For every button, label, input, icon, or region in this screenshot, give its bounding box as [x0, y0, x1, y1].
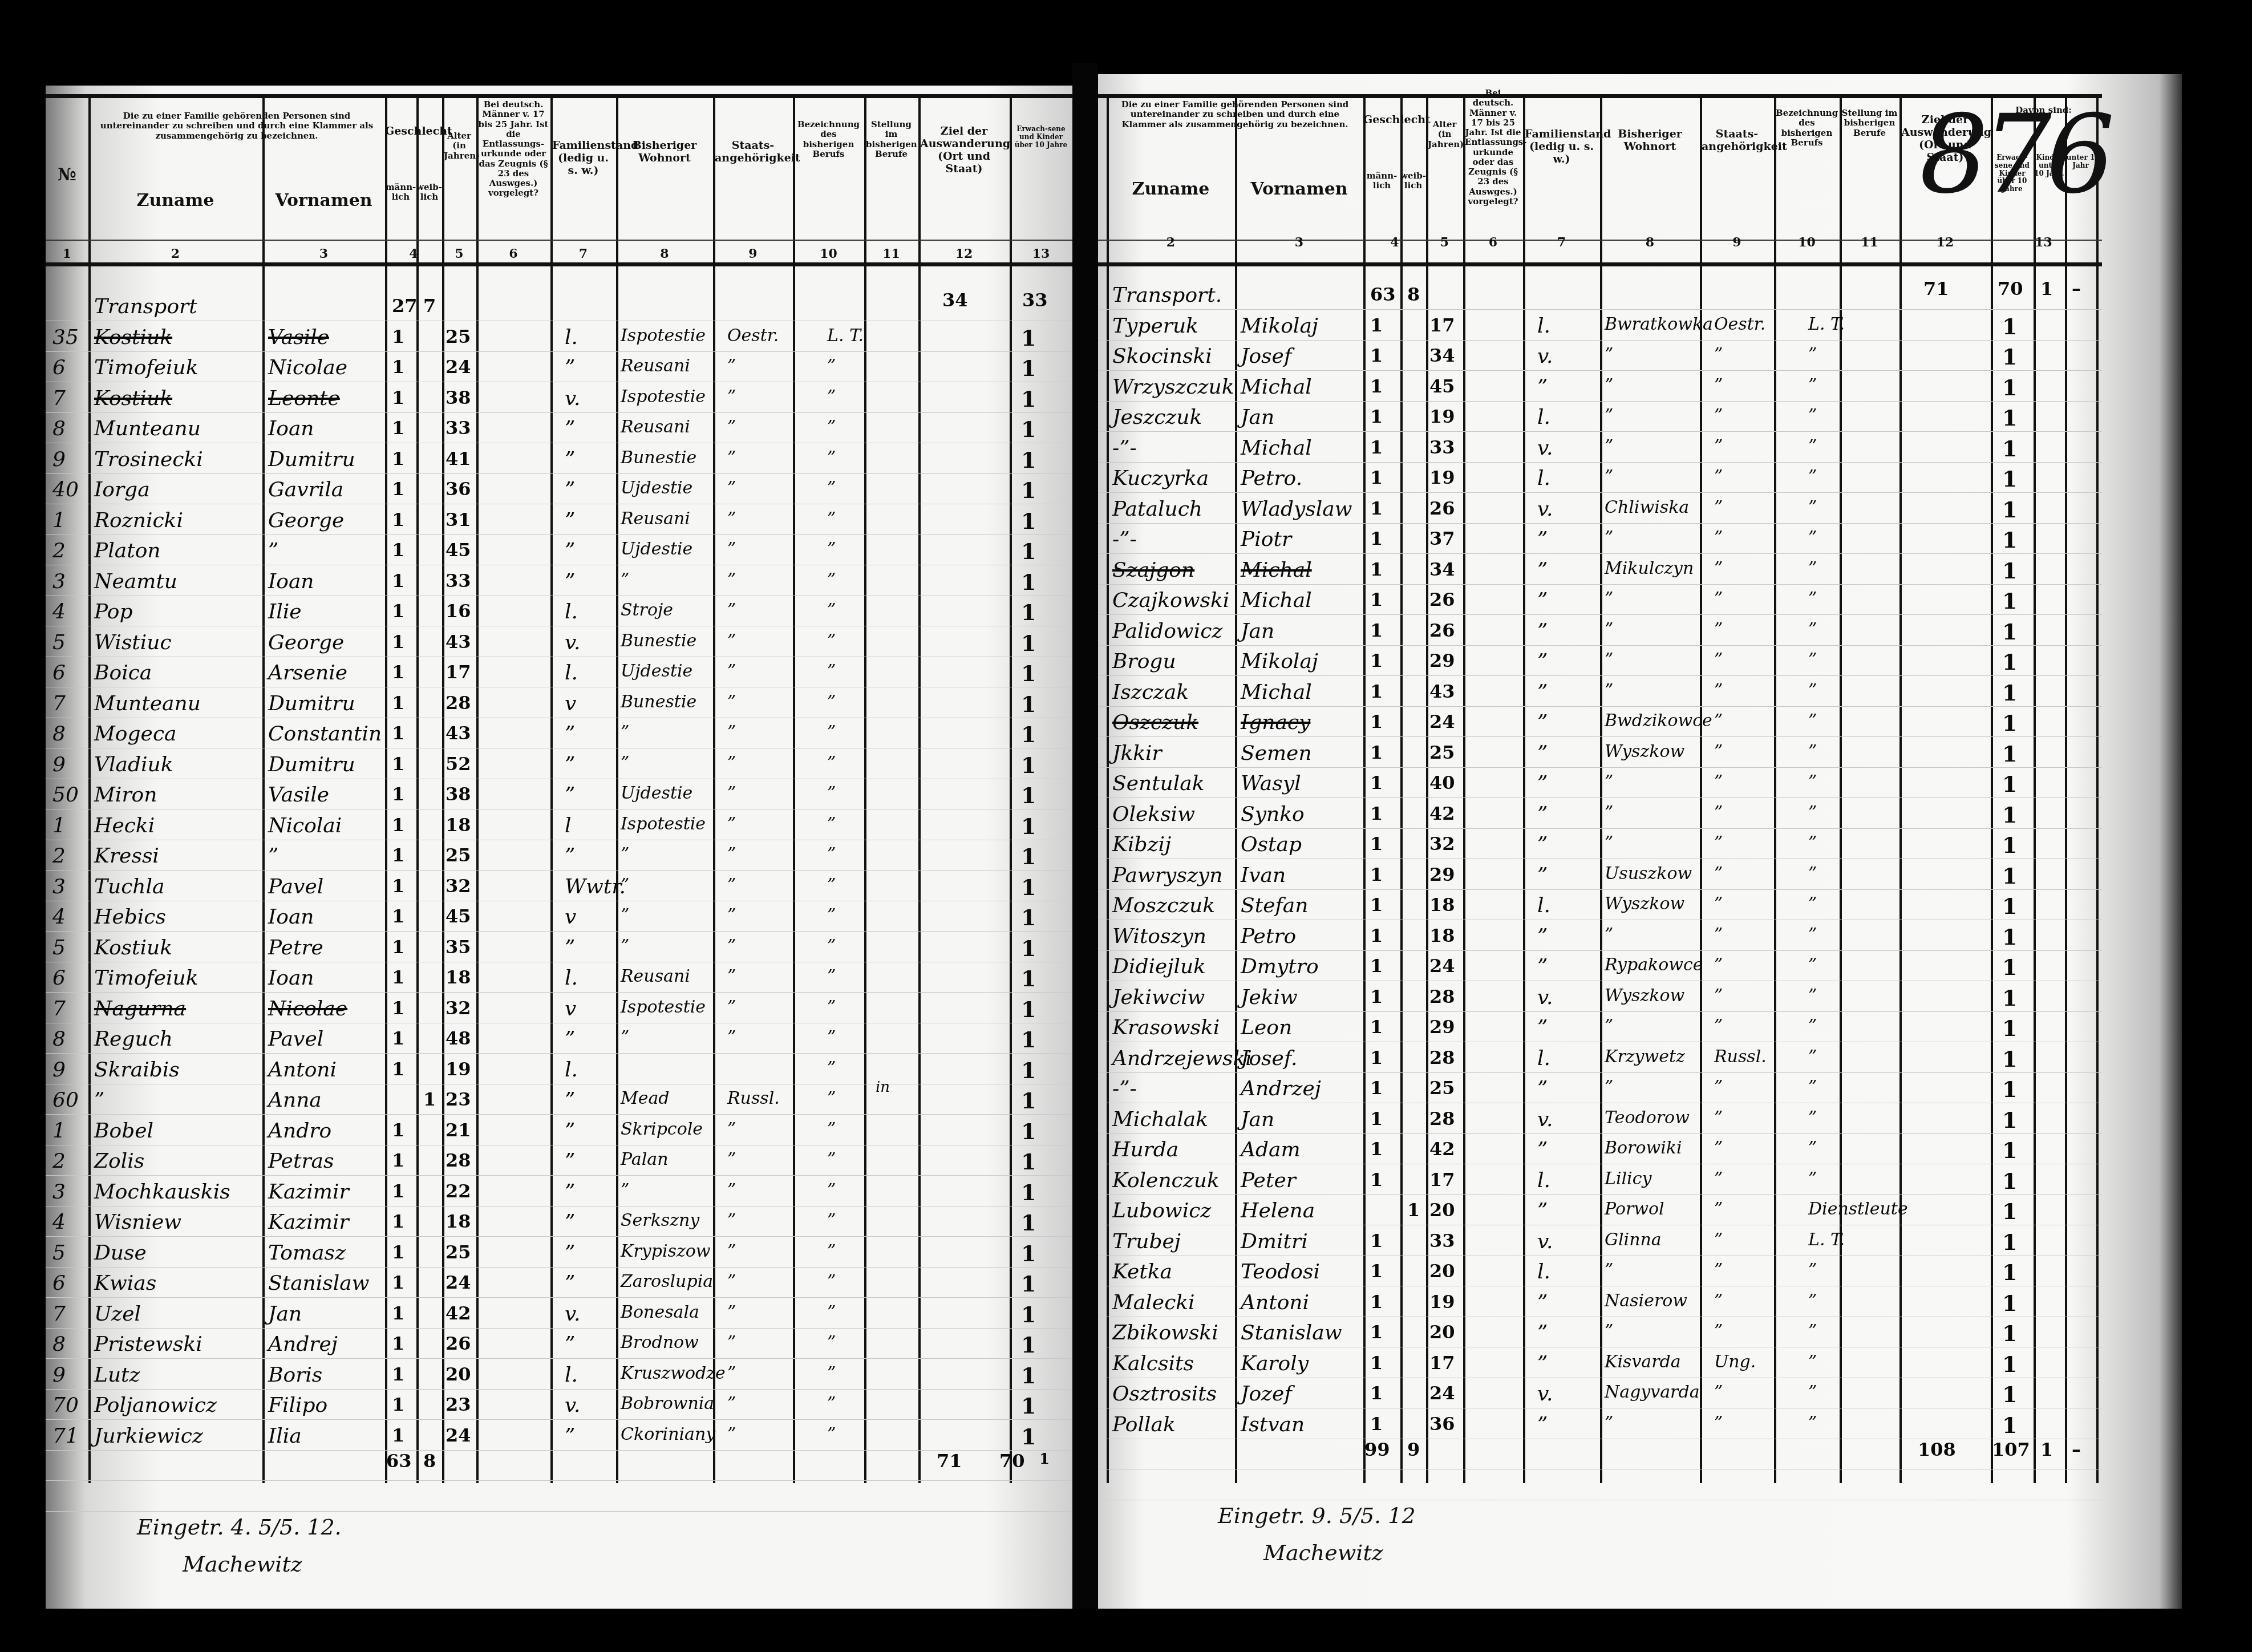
- occupation: ”: [1808, 438, 1817, 455]
- surname: Vladiuk: [94, 755, 173, 775]
- surname: Duse: [94, 1243, 147, 1264]
- male-tally: 1: [392, 388, 404, 407]
- marital-status: ”: [565, 419, 575, 439]
- nationality: ”: [1714, 346, 1723, 363]
- given-name: Arsenie: [268, 663, 347, 683]
- ruled-line: [46, 535, 1072, 535]
- previous-residence: Porwol: [1605, 1201, 1664, 1218]
- occupation: ”: [1808, 468, 1817, 485]
- previous-residence: ”: [1605, 377, 1613, 394]
- adult-tally: 1: [2002, 835, 2017, 856]
- age: 41: [445, 450, 471, 468]
- transport-destination-count: 71: [1923, 280, 1949, 298]
- occupation: ”: [1808, 1048, 1817, 1066]
- column-rule: [262, 94, 265, 1483]
- male-tally: 1: [392, 541, 404, 559]
- adult-tally: 1: [2002, 1323, 2017, 1345]
- nationality: ”: [1714, 407, 1723, 424]
- occupation: ”: [827, 511, 836, 528]
- occupation: ”: [1808, 865, 1817, 882]
- age: 33: [1429, 1232, 1455, 1250]
- surname: Jurkiewicz: [94, 1426, 203, 1447]
- column-header-male: männ-lich: [385, 183, 416, 203]
- column-rule: [713, 94, 715, 1483]
- column-rule: [1700, 94, 1702, 1483]
- age: 52: [445, 755, 471, 773]
- adult-tally: 1: [2002, 468, 2017, 490]
- column-number: 12: [1899, 235, 1991, 250]
- adult-tally: 1: [2002, 1293, 2017, 1314]
- row-number: 9: [52, 450, 66, 470]
- surname: Michalak: [1112, 1110, 1208, 1130]
- adult-tally: 1: [2002, 407, 2017, 429]
- previous-residence: ”: [1605, 1262, 1613, 1279]
- male-tally: 1: [392, 480, 404, 498]
- given-name: Gavrila: [268, 480, 343, 500]
- occupation: ”: [1808, 835, 1817, 852]
- marital-status: ”: [565, 846, 575, 867]
- marital-status: ”: [1537, 590, 1548, 611]
- family-bracket-note: Die zu einer Familie gehörenden Personen…: [1118, 100, 1352, 129]
- surname: Uzel: [94, 1304, 141, 1325]
- previous-residence: Kisvarda: [1605, 1354, 1681, 1371]
- row-number: 5: [52, 938, 66, 958]
- nationality: ”: [1714, 1171, 1723, 1188]
- column-header-surname: Zuname: [88, 191, 262, 211]
- nationality: ”: [1714, 1415, 1723, 1432]
- adult-tally: 1: [1021, 1273, 1036, 1295]
- occupation: ”: [827, 480, 836, 497]
- age: 28: [1429, 1048, 1455, 1067]
- column-rule: [918, 94, 921, 1483]
- ruled-line: [46, 657, 1072, 657]
- surname: Timofeiuk: [94, 358, 198, 378]
- ruled-line: [46, 596, 1072, 596]
- age: 24: [445, 1273, 471, 1291]
- column-header-c6: Bei deutsch. Männer v. 17 bis 25 Jahr. I…: [478, 100, 549, 199]
- previous-residence: ”: [621, 724, 629, 741]
- row-number: 7: [52, 999, 66, 1019]
- surname: Nagurna: [94, 999, 186, 1019]
- surname: Munteanu: [94, 694, 201, 714]
- previous-residence: Lilicy: [1605, 1171, 1651, 1188]
- total-adults: 70: [999, 1452, 1025, 1470]
- marital-status: ”: [565, 511, 575, 531]
- male-tally: 1: [392, 1060, 404, 1078]
- male-tally: 1: [1370, 865, 1383, 884]
- adult-tally: 1: [2002, 651, 2017, 673]
- previous-residence: Serkszny: [621, 1212, 699, 1229]
- age: 26: [1429, 621, 1455, 639]
- adult-tally: 1: [1021, 1151, 1036, 1173]
- adult-tally: 1: [1021, 572, 1036, 593]
- previous-residence: ”: [621, 1029, 629, 1046]
- adult-tally: 1: [2002, 804, 2017, 826]
- surname: Mogeca: [94, 724, 177, 744]
- ruled-line: [1098, 584, 2102, 585]
- given-name: Piotr: [1241, 529, 1291, 550]
- marital-status: l.: [565, 327, 578, 348]
- male-tally: 1: [1370, 377, 1383, 395]
- occupation: ”: [827, 724, 836, 741]
- adult-tally: 1: [1021, 1426, 1036, 1448]
- given-name: Dmitri: [1241, 1232, 1308, 1252]
- marital-status: ”: [565, 1273, 575, 1294]
- occupation: ”: [1808, 1171, 1817, 1188]
- previous-residence: Rypakowce: [1605, 957, 1703, 974]
- previous-residence: ”: [1605, 1415, 1613, 1432]
- nationality: ”: [727, 480, 736, 497]
- nationality: ”: [727, 968, 736, 985]
- transport-infant-count: –: [2072, 280, 2081, 298]
- adult-tally: 1: [1021, 816, 1036, 837]
- occupation: ”: [827, 694, 836, 711]
- ruled-line: [1098, 706, 2102, 707]
- given-name: George: [268, 511, 344, 531]
- ruled-line: [1098, 1011, 2102, 1012]
- age: 42: [1429, 1140, 1455, 1158]
- male-tally: 1: [392, 999, 404, 1017]
- total-children: 1: [2040, 1440, 2053, 1459]
- previous-residence: ”: [621, 938, 629, 955]
- given-name: Filipo: [268, 1395, 327, 1416]
- column-number: 12: [918, 246, 1010, 261]
- ruled-line: [46, 1267, 1072, 1268]
- nationality: ”: [1714, 438, 1723, 455]
- given-name: ”: [268, 846, 278, 867]
- occupation: ”: [1808, 1293, 1817, 1310]
- nationality: ”: [1714, 1110, 1723, 1127]
- male-tally: 1: [392, 938, 404, 956]
- marital-status: ”: [1537, 926, 1548, 947]
- ruled-line: [1098, 1133, 2102, 1134]
- surname: Jekiwciw: [1112, 987, 1205, 1008]
- surname: Platon: [94, 541, 161, 561]
- age: 18: [445, 968, 471, 986]
- column-number: 7: [1523, 235, 1600, 250]
- column-header-c8: Bisheriger Wohnort: [1602, 128, 1698, 153]
- male-tally: 1: [1370, 1232, 1383, 1250]
- column-number: 8: [1600, 235, 1700, 250]
- occupation: ”: [1808, 529, 1817, 546]
- occupation: ”: [827, 1090, 836, 1107]
- occupation: ”: [1808, 590, 1817, 608]
- marital-status: v.: [565, 633, 581, 653]
- nationality: ”: [727, 694, 736, 711]
- age: 19: [445, 1060, 471, 1078]
- adult-tally: 1: [2002, 438, 2017, 460]
- nationality: ”: [727, 1212, 736, 1229]
- surname: Malecki: [1112, 1293, 1195, 1313]
- previous-residence: ”: [1605, 529, 1613, 546]
- previous-residence: ”: [1605, 590, 1613, 608]
- previous-residence: Ujdestie: [621, 541, 692, 558]
- column-number: 13: [1991, 235, 2096, 250]
- male-tally: 1: [1370, 499, 1383, 517]
- surname: Kostiuk: [94, 388, 172, 409]
- adult-tally: 1: [1021, 846, 1036, 868]
- column-rule: [1010, 94, 1012, 1483]
- occupation: ”: [1808, 712, 1817, 730]
- surname: Bobel: [94, 1121, 153, 1141]
- column-header-given-names: Vornamen: [1235, 180, 1363, 200]
- surname: Zolis: [94, 1151, 144, 1172]
- nationality: ”: [727, 785, 736, 802]
- marital-status: l.: [1537, 1171, 1550, 1191]
- age: 36: [445, 480, 471, 498]
- age: 43: [445, 724, 471, 742]
- given-name: Jan: [1241, 621, 1274, 642]
- row-number: 3: [52, 877, 66, 897]
- ruled-line: [46, 1297, 1072, 1298]
- adult-tally: 1: [2002, 1110, 2017, 1131]
- male-tally: 1: [392, 633, 404, 651]
- surname: Pawryszyn: [1112, 865, 1222, 886]
- adult-tally: 1: [1021, 907, 1036, 929]
- marital-status: v.: [1537, 1384, 1553, 1404]
- male-tally: 1: [392, 663, 404, 681]
- occupation: ”: [1808, 1384, 1817, 1401]
- given-name: Teodosi: [1241, 1262, 1320, 1282]
- male-tally: 1: [1370, 651, 1383, 670]
- adult-tally: 1: [1021, 694, 1036, 715]
- age: 43: [1429, 682, 1455, 701]
- occupation: ”: [827, 1334, 836, 1351]
- occupation: ”: [1808, 1018, 1817, 1035]
- surname: Pop: [94, 602, 132, 622]
- occupation: ”: [1808, 1110, 1817, 1127]
- adult-tally: 1: [1021, 785, 1036, 807]
- adult-tally: 1: [2002, 987, 2017, 1009]
- previous-residence: Ususzkow: [1605, 865, 1692, 882]
- ruled-line: [46, 382, 1072, 382]
- given-name: Michal: [1241, 560, 1312, 581]
- column-header-c11: Stellung im bisherigen Berufe: [1841, 108, 1898, 138]
- male-tally: 1: [392, 1121, 404, 1139]
- marital-status: ”: [565, 724, 575, 744]
- marital-status: v.: [565, 1304, 581, 1325]
- age: 29: [1429, 651, 1455, 670]
- adult-tally: 1: [2002, 621, 2017, 643]
- occupation: ”: [827, 663, 836, 680]
- marital-status: ”: [1537, 682, 1548, 703]
- ruled-line: [1098, 767, 2102, 768]
- ruled-line: [46, 412, 1072, 413]
- surname: Wisniew: [94, 1212, 181, 1233]
- male-tally: 1: [1370, 835, 1383, 853]
- row-number: 6: [52, 968, 66, 989]
- column-number: 7: [550, 246, 616, 261]
- marital-status: ”: [565, 450, 575, 470]
- header-bottom-rule: [46, 262, 1072, 266]
- given-name: Michal: [1241, 682, 1312, 703]
- occupation: ”: [827, 755, 836, 772]
- marital-status: ”: [565, 1212, 575, 1233]
- occupation: ”: [1808, 377, 1817, 394]
- column-rule: [88, 94, 91, 1483]
- total-male: 63: [386, 1452, 412, 1470]
- ruled-line: [46, 504, 1072, 504]
- given-name: Stanislaw: [1241, 1323, 1342, 1343]
- nationality: ”: [727, 1365, 736, 1382]
- surname: Kibzij: [1112, 835, 1171, 855]
- given-name: George: [268, 633, 344, 653]
- occupation: ”: [827, 602, 836, 619]
- marital-status: v.: [565, 1395, 581, 1416]
- occupation: ”: [827, 572, 836, 589]
- column-rule: [1363, 94, 1366, 1483]
- male-tally: 1: [392, 1395, 404, 1414]
- occupation: ”: [827, 388, 836, 406]
- occupation: ”: [827, 1273, 836, 1290]
- ruled-line: [1098, 950, 2102, 951]
- marital-status: v.: [565, 388, 581, 409]
- column-number: 5: [442, 246, 476, 261]
- nationality: ”: [727, 938, 736, 955]
- row-number: 70: [52, 1395, 79, 1416]
- occupation: ”: [1808, 621, 1817, 638]
- adult-tally: 1: [1021, 1029, 1036, 1051]
- surname: Wrzyszczuk: [1112, 377, 1234, 398]
- ruled-line: [46, 1145, 1072, 1145]
- row-number: 1: [52, 816, 66, 836]
- ruled-line: [1098, 431, 2102, 432]
- nationality: ”: [727, 907, 736, 924]
- previous-residence: Ujdestie: [621, 480, 692, 497]
- surname: Timofeiuk: [94, 968, 198, 989]
- nationality: ”: [1714, 712, 1723, 730]
- marital-status: ”: [1537, 529, 1548, 550]
- marital-status: l.: [1537, 316, 1550, 337]
- previous-residence: ”: [621, 846, 629, 863]
- occupation: ”: [827, 1365, 836, 1382]
- occupation: ”: [827, 1151, 836, 1168]
- age: 18: [1429, 896, 1455, 914]
- nationality: ”: [1714, 1323, 1723, 1340]
- occupation: ”: [827, 1060, 836, 1077]
- nationality: Oestr.: [727, 327, 779, 345]
- surname: Witoszyn: [1112, 926, 1206, 947]
- age: 25: [445, 846, 471, 864]
- previous-residence: Ckoriniany: [621, 1426, 715, 1443]
- ruled-line: [1098, 492, 2102, 493]
- marital-status: ”: [1537, 1293, 1548, 1313]
- occupation: ”: [1808, 1140, 1817, 1157]
- column-header-c7: Familienstand (ledig u. s. w.): [552, 140, 614, 177]
- previous-residence: Mikulczyn: [1605, 560, 1694, 577]
- ruled-line: [1098, 1042, 2102, 1042]
- nationality: ”: [1714, 499, 1723, 516]
- male-tally: 1: [392, 907, 404, 925]
- given-name: Jan: [1241, 1110, 1274, 1130]
- scan-bottom-shadow: [0, 1609, 2252, 1652]
- given-name: Pavel: [268, 877, 323, 897]
- nationality: ”: [1714, 1232, 1723, 1249]
- ruled-line: [46, 1236, 1072, 1237]
- age: 20: [1429, 1323, 1455, 1341]
- given-name: Synko: [1241, 804, 1305, 825]
- column-number: 9: [713, 246, 793, 261]
- adult-tally: 1: [2002, 1232, 2017, 1253]
- row-number: 5: [52, 633, 66, 653]
- occupation: ”: [827, 633, 836, 650]
- column-number: 13: [1010, 246, 1072, 261]
- ruled-line: [1098, 645, 2102, 646]
- row-number: 40: [52, 480, 79, 500]
- previous-residence: ”: [1605, 835, 1613, 852]
- previous-residence: ”: [1605, 1018, 1613, 1035]
- marital-status: v.: [1537, 346, 1553, 367]
- marital-status: ”: [1537, 1201, 1548, 1221]
- nationality: ”: [727, 419, 736, 436]
- ruled-line: [46, 351, 1072, 352]
- ruled-line: [1098, 1164, 2102, 1164]
- adult-tally: 1: [2002, 1262, 2017, 1283]
- age: 24: [1429, 957, 1455, 975]
- adult-tally: 1: [1021, 358, 1036, 379]
- male-tally: 1: [392, 1304, 404, 1322]
- marital-status: l.: [565, 1060, 578, 1080]
- adult-tally: 1: [2002, 1048, 2017, 1070]
- previous-residence: Bonesala: [621, 1304, 699, 1321]
- given-name: Josef: [1241, 346, 1291, 367]
- nationality: ”: [727, 511, 736, 528]
- previous-residence: Glinna: [1605, 1232, 1662, 1249]
- surname: Oleksiw: [1112, 804, 1195, 825]
- male-tally: 1: [392, 419, 404, 437]
- ruled-line: [1098, 523, 2102, 524]
- adult-tally: 1: [1021, 968, 1036, 990]
- male-tally: 1: [392, 1426, 404, 1444]
- nationality: ”: [1714, 926, 1723, 944]
- nationality: ”: [1714, 1384, 1723, 1401]
- marital-status: ”: [1537, 774, 1548, 794]
- row-number: 1: [52, 1121, 66, 1141]
- adult-tally: 1: [1021, 541, 1036, 562]
- marital-status: ”: [565, 1090, 575, 1111]
- previous-residence: ”: [621, 755, 629, 772]
- adult-tally: 1: [2002, 1171, 2017, 1192]
- given-name: Karoly: [1241, 1354, 1309, 1374]
- marital-status: l.: [565, 602, 578, 622]
- ruled-line: [1098, 1408, 2102, 1408]
- surname: Didiejluk: [1112, 957, 1206, 977]
- surname: Szajgon: [1112, 560, 1194, 581]
- adult-tally: 1: [1021, 1334, 1036, 1356]
- previous-residence: Bunestie: [621, 633, 696, 650]
- previous-residence: Wyszkow: [1605, 896, 1684, 913]
- adult-tally: 1: [1021, 1090, 1036, 1112]
- surname: Munteanu: [94, 419, 201, 439]
- row-number: 50: [52, 785, 79, 805]
- marital-status: l.: [1537, 407, 1550, 428]
- total-adults: 107: [1992, 1440, 2030, 1459]
- ruled-line: [1098, 462, 2102, 463]
- age: 45: [1429, 377, 1455, 395]
- ruled-line: [1098, 675, 2102, 676]
- total-emigrants: 108: [1918, 1440, 1956, 1459]
- given-name: Nicolae: [268, 999, 347, 1019]
- marital-status: ”: [565, 1243, 575, 1264]
- surname: Lubowicz: [1112, 1201, 1211, 1221]
- given-name: Jekiw: [1241, 987, 1298, 1008]
- age: 33: [445, 572, 471, 590]
- adult-tally: 1: [1021, 1304, 1036, 1326]
- surname: Neamtu: [94, 572, 177, 592]
- marital-status: Wwtr.: [565, 877, 626, 897]
- given-name: Dumitru: [268, 755, 355, 775]
- registrar-entry-note: Eingetr. 9. 5/5. 12: [1218, 1503, 1416, 1528]
